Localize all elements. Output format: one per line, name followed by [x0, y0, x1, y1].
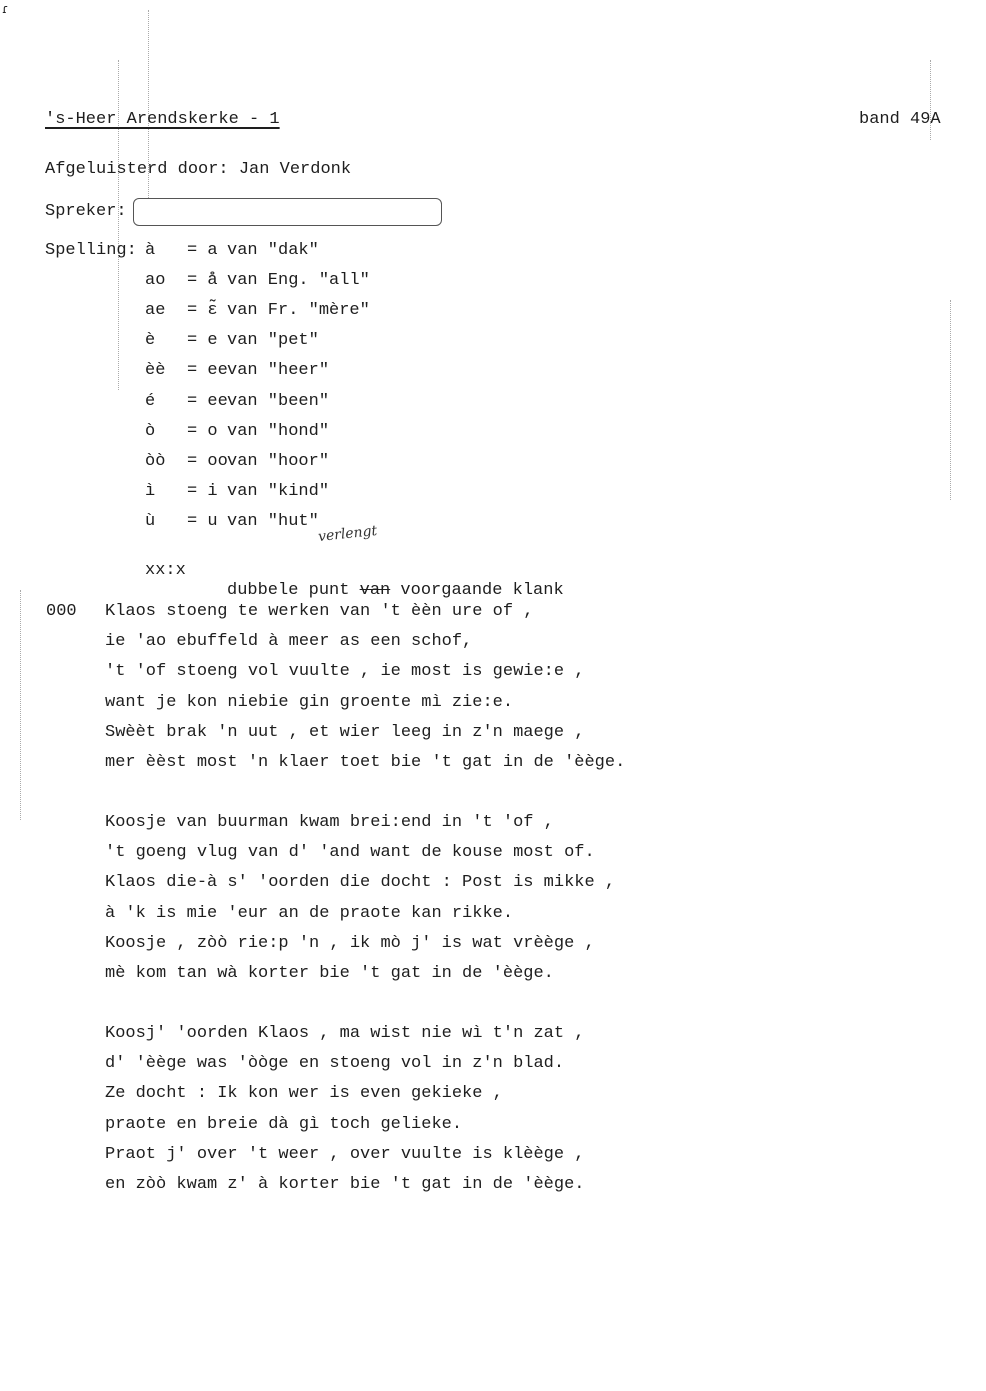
spelling-equivalent: = å: [187, 271, 227, 291]
tape-counter: 000: [46, 602, 77, 622]
scan-artifact-line: [950, 300, 951, 500]
verse-line: want je kon niebie gin groente mì zie:e.: [105, 693, 513, 713]
spelling-symbol: òò: [145, 452, 190, 472]
verse-line: Koosj' 'oorden Klaos , ma wist nie wì t'…: [105, 1024, 584, 1044]
spelling-equivalent: = a: [187, 241, 227, 261]
spelling-description: van "dak": [227, 241, 319, 261]
verse-line: praote en breie dà gì toch gelieke.: [105, 1115, 462, 1135]
spelling-equivalent: = oo: [187, 452, 227, 472]
note-text-post: voorgaande klank: [390, 581, 563, 600]
verse-line: en zòò kwam z' à korter bie 't gat in de…: [105, 1175, 584, 1195]
verse-line: Klaos die-à s' 'oorden die docht : Post …: [105, 873, 615, 893]
spelling-symbol: ù: [145, 512, 190, 532]
spelling-equivalent: = ee: [187, 361, 227, 381]
spelling-description: van "kind": [227, 482, 329, 502]
scan-artifact-line: [20, 590, 21, 820]
verse-line: à 'k is mie 'eur an de praote kan rikke.: [105, 904, 513, 924]
spelling-equivalent: = e: [187, 331, 227, 351]
document-page: ɾ 's-Heer Arendskerke - 1 band 49A Afgel…: [0, 0, 986, 1391]
listener-line: Afgeluisterd door: Jan Verdonk: [45, 160, 351, 180]
spelling-symbol: à: [145, 241, 190, 261]
document-title: 's-Heer Arendskerke - 1: [45, 110, 280, 130]
spelling-description: van Fr. "mère": [227, 301, 370, 321]
spelling-label: Spelling:: [45, 241, 137, 261]
spelling-description: van "pet": [227, 331, 319, 351]
verse-line: Koosje van buurman kwam brei:end in 't '…: [105, 813, 554, 833]
speaker-label: Spreker:: [45, 202, 127, 222]
verse-line: Klaos stoeng te werken van 't èèn ure of…: [105, 602, 533, 622]
spelling-equivalent: = o: [187, 422, 227, 442]
spelling-description: van Eng. "all": [227, 271, 370, 291]
spelling-description: van "heer": [227, 361, 329, 381]
spelling-symbol: èè: [145, 361, 190, 381]
verse-line: 't 'of stoeng vol vuulte , ie most is ge…: [105, 662, 584, 682]
verse-line: Swèèt brak 'n uut , et wier leeg in z'n …: [105, 723, 584, 743]
handwritten-correction: verlengt: [317, 523, 378, 545]
spelling-equivalent: = ee: [187, 392, 227, 412]
verse-line: 't goeng vlug van d' 'and want de kouse …: [105, 843, 595, 863]
corner-mark: ɾ: [2, 2, 8, 16]
spelling-symbol: è: [145, 331, 190, 351]
verse-line: mè kom tan wà korter bie 't gat in de 'è…: [105, 964, 554, 984]
note-struck-word: van: [360, 581, 391, 600]
verse-line: Koosje , zòò rie:p 'n , ik mò j' is wat …: [105, 934, 595, 954]
spelling-symbol: ò: [145, 422, 190, 442]
spelling-symbol: ae: [145, 301, 190, 321]
verse-line: d' 'èège was 'òòge en stoeng vol in z'n …: [105, 1054, 564, 1074]
spelling-equivalent: = ɛ̃: [187, 301, 227, 321]
note-text-pre: dubbele punt: [227, 581, 360, 600]
spelling-note: xx:x dubbele punt van voorgaande klank: [145, 541, 186, 561]
spelling-symbol: ì: [145, 482, 190, 502]
spelling-equivalent: = u: [187, 512, 227, 532]
verse-line: ie 'ao ebuffeld à meer as een schof,: [105, 632, 472, 652]
spelling-description: van "been": [227, 392, 329, 412]
verse-line: mer èèst most 'n klaer toet bie 't gat i…: [105, 753, 625, 773]
spelling-equivalent: = i: [187, 482, 227, 502]
spelling-description: van "hut": [227, 512, 319, 532]
spelling-symbol: é: [145, 392, 190, 412]
verse-line: Praot j' over 't weer , over vuulte is k…: [105, 1145, 584, 1165]
note-description: dubbele punt van voorgaande klank: [227, 581, 564, 601]
spelling-description: van "hond": [227, 422, 329, 442]
verse-line: Ze docht : Ik kon wer is even gekieke ,: [105, 1084, 503, 1104]
spelling-description: van "hoor": [227, 452, 329, 472]
note-symbol: xx:x: [145, 561, 190, 581]
band-number: band 49A: [859, 110, 941, 130]
speaker-redacted-field: [133, 198, 442, 226]
spelling-symbol: ao: [145, 271, 190, 291]
